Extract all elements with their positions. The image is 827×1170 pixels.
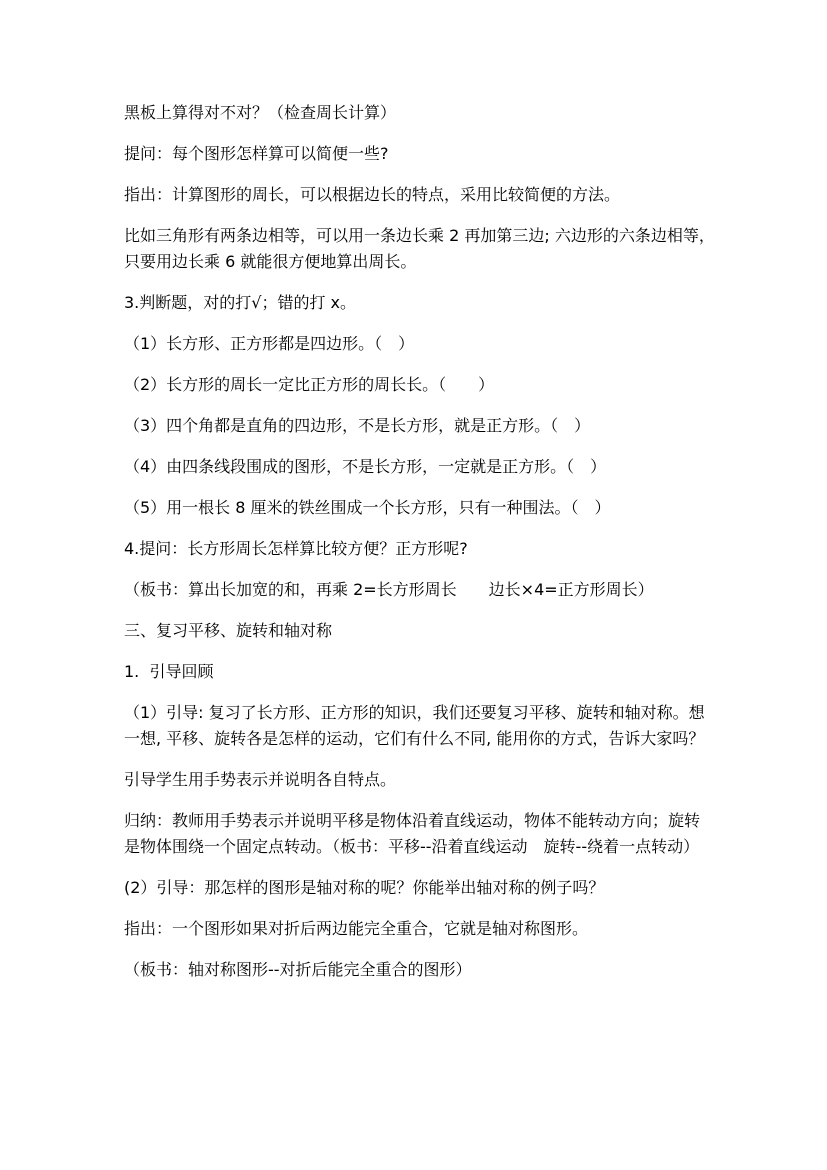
paragraph-point-out-perimeter: 指出：计算图形的周长，可以根据边长的特点，采用比较简便的方法。 [124, 182, 715, 208]
section-heading-review-translation-rotation: 三、复习平移、旋转和轴对称 [124, 618, 715, 644]
paragraph-check-blackboard: 黑板上算得对不对？（检查周长计算） [124, 100, 715, 126]
subsection-guided-review: 1. 引导回顾 [124, 659, 715, 685]
paragraph-board-formula: （板书：算出长加宽的和，再乘 2=长方形周长 边长×4=正方形周长） [124, 577, 715, 603]
paragraph-question-simpler: 提问：每个图形怎样算可以简便一些? [124, 141, 715, 167]
judgment-item-2: （2）长方形的周长一定比正方形的周长长。（ ） [124, 372, 715, 398]
paragraph-gesture-instruction: 引导学生用手势表示并说明各自特点。 [124, 767, 715, 793]
paragraph-board-symmetry: （板书：轴对称图形--对折后能完全重合的图形） [124, 957, 715, 983]
judgment-item-5: （5）用一根长 8 厘米的铁丝围成一个长方形，只有一种围法。（ ） [124, 495, 715, 521]
paragraph-judgment-intro: 3.判断题，对的打√；错的打 x。 [124, 290, 715, 316]
paragraph-guide-2: (2）引导：那怎样的图形是轴对称的呢？你能举出轴对称的例子吗？ [124, 875, 715, 901]
paragraph-summary-translation-rotation: 归纳：教师用手势表示并说明平移是物体沿着直线运动，物体不能转动方向；旋转是物体围… [124, 808, 715, 860]
paragraph-example-triangle-hexagon: 比如三角形有两条边相等，可以用一条边长乘 2 再加第三边; 六边形的六条边相等，… [124, 223, 715, 275]
paragraph-point-out-symmetry: 指出：一个图形如果对折后两边能完全重合，它就是轴对称图形。 [124, 916, 715, 942]
judgment-item-4: （4）由四条线段围成的图形，不是长方形，一定就是正方形。（ ） [124, 454, 715, 480]
document-page: 黑板上算得对不对？（检查周长计算） 提问：每个图形怎样算可以简便一些? 指出：计… [0, 0, 827, 1170]
paragraph-question-rectangle-square: 4.提问：长方形周长怎样算比较方便？正方形呢? [124, 536, 715, 562]
judgment-item-1: （1）长方形、正方形都是四边形。（ ） [124, 331, 715, 357]
paragraph-guide-1: （1）引导: 复习了长方形、正方形的知识，我们还要复习平移、旋转和轴对称。想一想… [124, 700, 715, 752]
judgment-item-3: （3）四个角都是直角的四边形，不是长方形，就是正方形。（ ） [124, 413, 715, 439]
